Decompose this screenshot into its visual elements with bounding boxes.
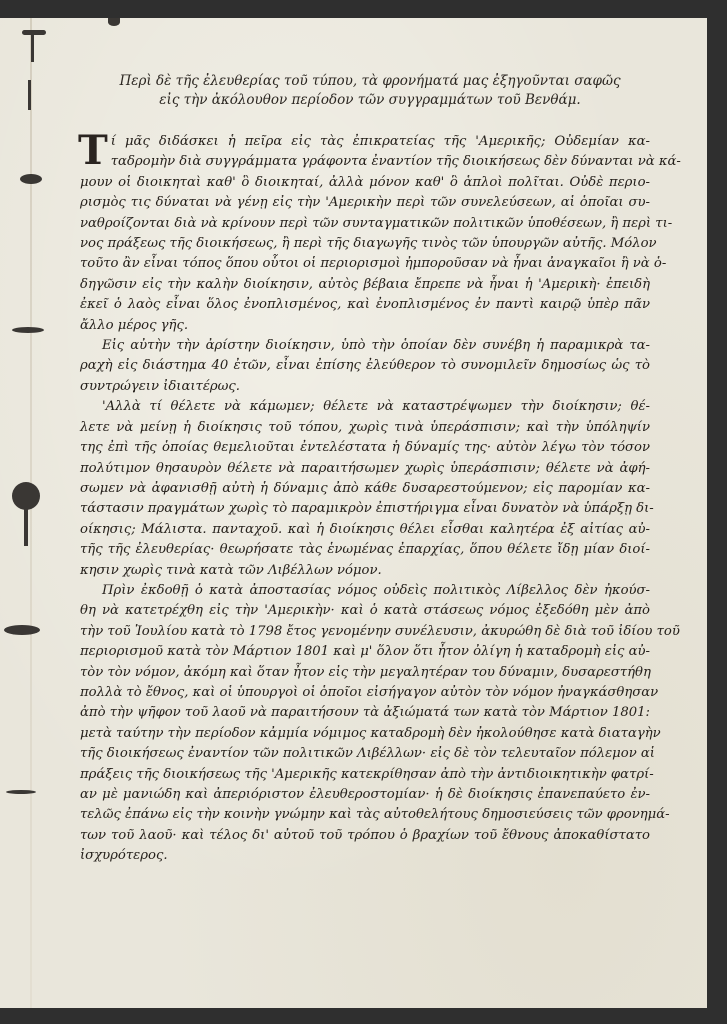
text-line: συντρώγειν ἰδιαιτέρως. [80,377,650,397]
section-heading: Περὶ δὲ τῆς ἐλευθερίας τοῦ τύπου, τὰ φρο… [100,72,640,110]
text-line: ἄλλο μέρος γῆς. [80,316,650,336]
drop-cap: T [78,134,108,168]
text-line: ρισμὸς τις δύναται νὰ γένῃ εἰς τὴν 'Αμερ… [80,193,650,213]
text-line: ἐκεῖ ὁ λαὸς εἶναι ὅλος ἐνοπλισμένος, καὶ… [80,295,650,315]
text-line: 'Αλλὰ τί θέλετε νὰ κάμωμεν; θέλετε νὰ κα… [80,397,650,417]
text-line: μουν οἱ διοικηταὶ καθ' ὃ διοικηταί, ἀλλὰ… [80,173,650,193]
text-line: πολύτιμον θησαυρὸν θέλετε νὰ παραιτήσωμε… [80,459,650,479]
text-line: κησιν χωρὶς τινὰ κατὰ τῶν Λιβέλλων νόμον… [80,561,650,581]
body-text: Tί μᾶς διδάσκει ἡ πεῖρα εἰς τὰς ἐπικρατε… [80,132,650,867]
text-line: αν μὲ μανιώδη καὶ ἀπεριόριστον ἐλευθεροσ… [80,785,650,805]
paragraph: Tί μᾶς διδάσκει ἡ πεῖρα εἰς τὰς ἐπικρατε… [80,132,650,336]
ink-stain [4,625,40,635]
text-line: ραχὴ εἰς διάστημα 40 ἐτῶν, εἶναι ἐπίσης … [80,356,650,376]
ink-stain [24,504,28,546]
text-line: Εἰς αὐτὴν τὴν ἀρίστην διοίκησιν, ὑπὸ τὴν… [80,336,650,356]
paragraph: 'Αλλὰ τί θέλετε νὰ κάμωμεν; θέλετε νὰ κα… [80,397,650,581]
text-line: μετὰ ταύτην τὴν περίοδον κἀμμία νόμιμος … [80,724,650,744]
text-line: ί μᾶς διδάσκει ἡ πεῖρα εἰς τὰς ἐπικρατεί… [80,132,650,152]
text-line: νος πράξεως τῆς διοικήσεως, ἢ περὶ τῆς δ… [80,234,650,254]
document-page: Περὶ δὲ τῆς ἐλευθερίας τοῦ τύπου, τὰ φρο… [0,18,707,1008]
ink-stain [22,30,46,35]
ink-stain [108,18,120,26]
text-line: της ἐπὶ τῆς ὁποίας θεμελιοῦται ἐντελέστα… [80,438,650,458]
ink-stain [12,327,44,333]
text-line: ναθροίζονται διὰ νὰ κρίνουν περὶ τῶν συν… [80,214,650,234]
text-line: ἀπὸ τὴν ψῆφον τοῦ λαοῦ νὰ παραιτήσουν τὰ… [80,703,650,723]
text-line: πράξεις τῆς διοικήσεως τῆς 'Αμερικῆς κατ… [80,765,650,785]
text-line: ταδρομὴν διὰ συγγράμματα γράφοντα ἐναντί… [80,152,650,172]
text-line: σωμεν νὰ ἀφανισθῇ αὐτὴ ἡ δύναμις ἀπὸ κάθ… [80,479,650,499]
text-line: δηγῶσιν εἰς τὴν καλὴν διοίκησιν, αὐτὸς β… [80,275,650,295]
heading-line: εἰς τὴν ἀκόλουθον περίοδον τῶν συγγραμμά… [100,91,640,110]
text-line: τάστασιν πραγμάτων χωρὶς τὸ παραμικρὸν ἐ… [80,499,650,519]
paragraph: Εἰς αὐτὴν τὴν ἀρίστην διοίκησιν, ὑπὸ τὴν… [80,336,650,397]
text-line: τὸν τὸν νόμον, ἀκόμη καὶ ὅταν ἦτον εἰς τ… [80,663,650,683]
text-line: τῆς τῆς ἐλευθερίας· θεωρήσατε τὰς ἑνωμέν… [80,540,650,560]
ink-stain [20,174,42,184]
text-line: τὴν τοῦ Ἰουλίου κατὰ τὸ 1798 ἔτος γενομέ… [80,622,650,642]
text-line: λετε νὰ μείνῃ ἡ διοίκησις τοῦ τόπου, χωρ… [80,418,650,438]
paragraph: Πρὶν ἐκδοθῇ ὁ κατὰ ἀποστασίας νόμος οὐδε… [80,581,650,867]
text-line: περιορισμοῦ κατὰ τὸν Μάρτιον 1801 καὶ μ'… [80,642,650,662]
text-line: θη νὰ κατετρέχθη εἰς τὴν 'Αμερικὴν· καὶ … [80,601,650,621]
text-line: τοῦτο ἂν εἶναι τόπος ὅπου οὗτοι οἱ περιο… [80,254,650,274]
text-line: των τοῦ λαοῦ· καὶ τέλος δι' αὐτοῦ τοῦ τρ… [80,826,650,846]
text-line: ἰσχυρότερος. [80,846,650,866]
ink-stain [31,32,34,62]
text-line: Πρὶν ἐκδοθῇ ὁ κατὰ ἀποστασίας νόμος οὐδε… [80,581,650,601]
text-line: τῆς διοικήσεως ἐναντίον τῶν πολιτικῶν Λι… [80,744,650,764]
text-line: τελῶς ἐπάνω εἰς τὴν κοινὴν γνώμην καὶ τὰ… [80,805,650,825]
page-fold [30,18,32,1008]
ink-stain [6,790,36,794]
ink-stain [28,80,31,110]
heading-line: Περὶ δὲ τῆς ἐλευθερίας τοῦ τύπου, τὰ φρο… [100,72,640,91]
text-line: πολλὰ τὸ ἔθνος, καὶ οἱ ὑπουργοὶ οἱ ὁποῖο… [80,683,650,703]
text-line: οίκησις; Μάλιστα. πανταχοῦ. καὶ ἡ διοίκη… [80,520,650,540]
